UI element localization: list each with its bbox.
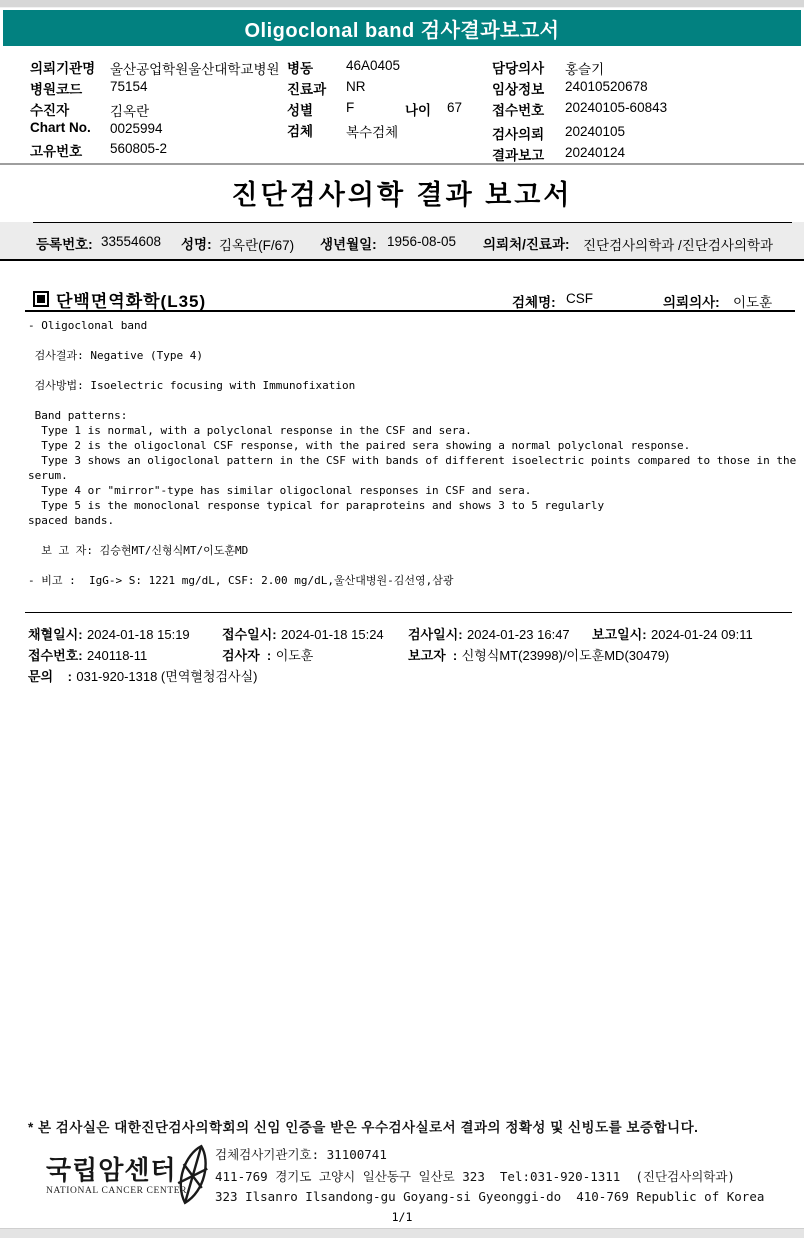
ncc-leaf-logo-icon: [166, 1143, 220, 1207]
page-top-edge: [0, 0, 804, 8]
report-titlebar: Oligoclonal band 검사결과보고서: [3, 10, 801, 46]
section-underline: [25, 310, 795, 312]
field-value-department: NR: [346, 79, 366, 94]
name-value: 김옥란(F/67): [219, 234, 294, 254]
field-value-result-date: 20240124: [565, 145, 625, 160]
receipt-datetime: 접수일시: 2024-01-18 15:24: [222, 624, 384, 644]
contact: 문의 : 031-920-1318 (면역혈청검사실): [28, 666, 258, 686]
ncc-logo-korean: 국립암센터: [46, 1150, 177, 1187]
field-value-ward: 46A0405: [346, 58, 400, 73]
tester-label: 검사자 :: [222, 648, 271, 663]
field-value-order-date: 20240105: [565, 124, 625, 139]
referral-dept-value: 진단검사의학과 /진단검사의학과: [583, 234, 773, 254]
specimen-label: 검체명:: [512, 291, 556, 311]
contact-label: 문의 :: [28, 669, 72, 684]
page-bottom-edge: [0, 1228, 804, 1238]
draw-datetime-label: 채혈일시:: [28, 627, 83, 642]
field-value-chart-no: 0025994: [110, 121, 163, 136]
field-value-hospital-code: 75154: [110, 79, 148, 94]
field-label-chart-no: Chart No.: [30, 120, 91, 135]
reporter-label: 보고자 :: [408, 648, 457, 663]
field-label-age: 나이: [405, 99, 431, 119]
report-datetime: 보고일시: 2024-01-24 09:11: [592, 624, 753, 644]
birth-label: 생년월일:: [320, 233, 377, 253]
referring-doctor-value: 이도훈: [733, 291, 772, 311]
receipt-number: 접수번호: 240118-11: [28, 645, 147, 665]
name-label: 성명:: [181, 233, 212, 253]
field-label-result-date: 결과보고: [492, 144, 544, 164]
draw-datetime: 채혈일시: 2024-01-18 15:19: [28, 624, 190, 644]
reporter: 보고자 : 신형식MT(23998)/이도훈MD(30479): [408, 645, 669, 665]
accreditation-disclaimer: * 본 검사실은 대한진단검사의학회의 신임 인증을 받은 우수검사실로서 결과…: [28, 1116, 798, 1136]
field-label-sex: 성별: [287, 99, 313, 119]
field-value-unique-no: 560805-2: [110, 141, 167, 156]
report-titlebar-text: Oligoclonal band 검사결과보고서: [244, 14, 559, 43]
field-value-specimen-type: 복수검체: [346, 121, 398, 141]
registration-bar-top-border: [33, 222, 792, 223]
page-number: 1/1: [0, 1210, 804, 1224]
referring-doctor-label: 의뢰의사:: [663, 291, 720, 311]
tester: 검사자 : 이도훈: [222, 645, 313, 665]
field-label-accession-no: 접수번호: [492, 99, 544, 119]
receipt-datetime-label: 접수일시:: [222, 627, 277, 642]
field-label-patient: 수진자: [30, 99, 69, 119]
birth-value: 1956-08-05: [387, 234, 456, 249]
test-datetime-label: 검사일시:: [408, 627, 463, 642]
report-datetime-label: 보고일시:: [592, 627, 647, 642]
result-body-text: - Oligoclonal band 검사결과: Negative (Type …: [28, 318, 794, 588]
field-label-institution: 의뢰기관명: [30, 57, 95, 77]
reg-no-label: 등록번호:: [36, 233, 93, 253]
reg-no-value: 33554608: [101, 234, 161, 249]
org-code-line: 검체검사기관기호: 31100741: [215, 1145, 387, 1163]
field-value-age: 67: [447, 100, 462, 115]
field-value-sex: F: [346, 100, 354, 115]
field-label-attending-doctor: 담당의사: [492, 57, 544, 77]
field-label-specimen-type: 검체: [287, 120, 313, 140]
address-english-line: 323 Ilsanro Ilsandong-gu Goyang-si Gyeon…: [215, 1189, 764, 1204]
field-value-accession-no: 20240105-60843: [565, 100, 667, 115]
field-value-patient: 김옥란: [110, 100, 149, 120]
receipt-number-label: 접수번호:: [28, 648, 83, 663]
result-footer-divider: [25, 612, 792, 613]
field-value-institution: 울산공업학원울산대학교병원: [110, 58, 280, 78]
referral-dept-label: 의뢰처/진료과:: [483, 233, 570, 253]
field-value-clinical-info: 24010520678: [565, 79, 648, 94]
header-divider: [0, 163, 804, 165]
specimen-value: CSF: [566, 291, 593, 306]
address-korean-line: 411-769 경기도 고양시 일산동구 일산로 323 Tel:031-920…: [215, 1167, 735, 1185]
field-value-attending-doctor: 홍슬기: [565, 58, 604, 78]
section-title: 단백면역화학(L35): [56, 287, 206, 312]
test-datetime: 검사일시: 2024-01-23 16:47: [408, 624, 570, 644]
registration-bar-bottom-border: [0, 259, 804, 261]
field-label-hospital-code: 병원코드: [30, 78, 82, 98]
field-label-ward: 병동: [287, 57, 313, 77]
report-main-title: 진단검사의학 결과 보고서: [0, 173, 804, 212]
field-label-order-date: 검사의뢰: [492, 123, 544, 143]
field-label-clinical-info: 임상정보: [492, 78, 544, 98]
field-label-unique-no: 고유번호: [30, 140, 82, 160]
field-label-department: 진료과: [287, 78, 326, 98]
section-bullet-icon: [33, 291, 49, 307]
lab-report-page: Oligoclonal band 검사결과보고서 의뢰기관명 울산공업학원울산대…: [0, 0, 804, 1238]
